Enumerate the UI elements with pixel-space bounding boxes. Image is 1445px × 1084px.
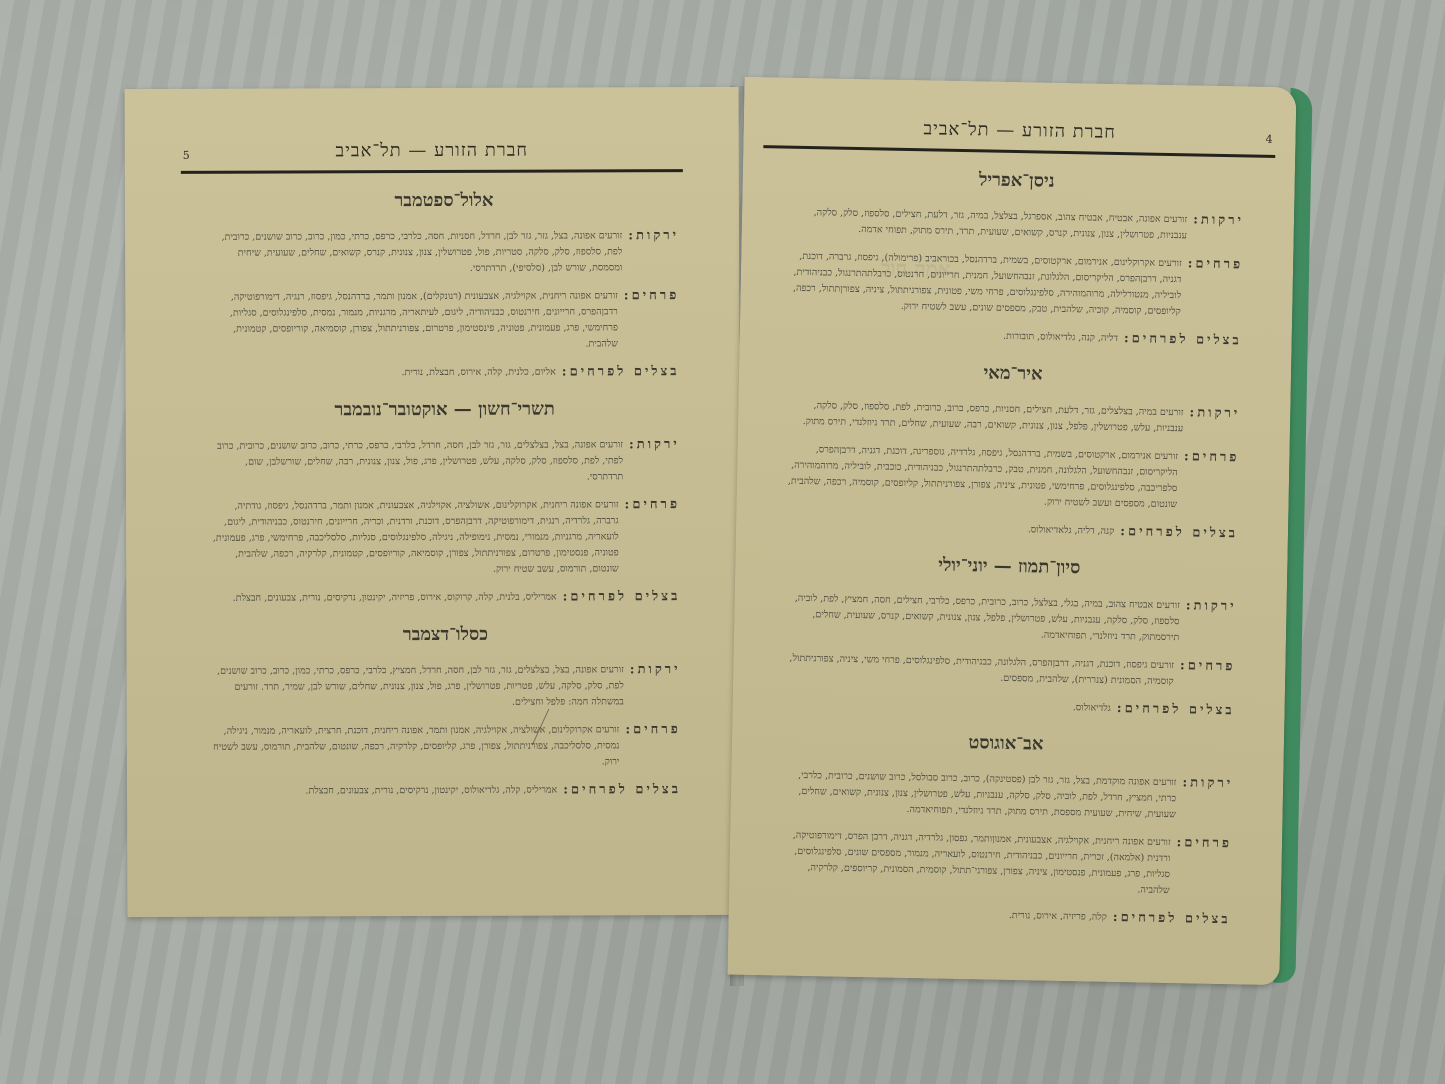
block-text: זורעים אקרוקלינום, אנירמום, ארקטוסים, בש… (786, 249, 1182, 321)
bulbs-block: בצלים לפרחים:קלה, פריזיה, אירוס, נורית. (774, 904, 1230, 929)
block-text: אמריליס, קלה, גלדיאולוס, יקינטון, נרקיסי… (211, 783, 557, 800)
block-label: בצלים לפרחים: (562, 364, 680, 380)
block-text: אמריליס, בלנית, קלה, קרוקוס, אירוס, פריז… (210, 590, 556, 607)
block-label: ירקות: (629, 437, 680, 485)
section-title: תשרי־חשון — אוקטובר־נובמבר (210, 398, 680, 421)
block-text: זורעים אבטיח צהוב, במיה, בגלי, בצלצל, כר… (780, 591, 1180, 647)
flowers-block: פרחים:זורעים אפונה ריחנית, אקוילגיה, אצב… (209, 288, 679, 354)
flowers-block: פרחים:זורעים אפונה ריחנית, אקוילגיה, אצב… (775, 828, 1232, 901)
vegetables-block: ירקות:זורעים אפונה, בצל, גזר, גזר לבן, ח… (209, 228, 679, 278)
section-kislev-december: כסלו־דצמבר ירקות:זורעים אפונה, בצל, בצלצ… (210, 623, 681, 800)
block-label: בצלים לפרחים: (1120, 524, 1238, 542)
block-text: זורעים אפונה ריחנית, אקוילגיה, אצבעונית … (209, 288, 618, 353)
block-label: ירקות: (1189, 405, 1240, 438)
section-nisan-april: ניסן־אפריל ירקות:זורעים אפונה, אבטיח, אב… (786, 166, 1245, 350)
block-label: בצלים לפרחים: (1124, 331, 1242, 349)
section-title: אלול־ספטמבר (209, 189, 679, 212)
block-text: זורעים אפונה, בצל, בצלצלים, גזר, גזר לבן… (211, 662, 624, 711)
block-text: זורעים אפונה מוקדמת, בצל, גזר, גזר לבן (… (776, 768, 1176, 824)
bulbs-block: בצלים לפרחים:דליה, קנה, גלדיאולוס, תובור… (786, 325, 1242, 350)
header-title: חברת הזורע — תל־אביב (923, 118, 1116, 143)
bulbs-block: בצלים לפרחים:קנה, דליה, גלאדיאולוס. (782, 518, 1238, 543)
block-label: בצלים לפרחים: (1117, 701, 1235, 719)
block-label: ירקות: (630, 662, 681, 710)
right-page-content: ניסן־אפריל ירקות:זורעים אפונה, אבטיח, אב… (774, 160, 1245, 947)
vegetables-block: ירקות:זורעים אבטיח צהוב, במיה, בגלי, בצל… (780, 591, 1237, 648)
bulbs-block: בצלים לפרחים:אמריליס, קלה, גלדיאולוס, יק… (211, 782, 681, 800)
block-text: אליום, כלנית, קלה, אירוס, חבצלת, נורית. (210, 365, 556, 382)
bulbs-block: בצלים לפרחים:גלדיאולוס. (779, 695, 1235, 720)
block-label: פרחים: (1187, 256, 1244, 321)
block-label: פרחים: (1183, 449, 1240, 514)
vegetables-block: ירקות:זורעים אפונה מוקדמת, בצל, גזר, גזר… (776, 768, 1233, 825)
page-header: חברת הזורע — תל־אביב 5 (181, 139, 683, 174)
left-page: חברת הזורע — תל־אביב 5 אלול־ספטמבר ירקות… (125, 87, 742, 917)
block-text: זורעים אפונה, בצל, בצלצלים, גזר, גזר לבן… (210, 437, 623, 486)
bulbs-block: בצלים לפרחים:אמריליס, בלנית, קלה, קרוקוס… (210, 589, 680, 607)
header-title: חברת הזורע — תל־אביב (335, 140, 528, 162)
block-label: פרחים: (625, 497, 681, 577)
block-text: קנה, דליה, גלאדיאולוס. (782, 518, 1114, 540)
block-label: ירקות: (1193, 212, 1244, 245)
block-label: פרחים: (1175, 835, 1232, 900)
flowers-block: פרחים:זורעים אפונה ריחנית, אקרוקלינום, א… (210, 497, 680, 579)
block-text: זורעים אנירמום, ארקטוסים, בשמית, ברדהנסל… (782, 442, 1178, 514)
block-label: בצלים לפרחים: (563, 782, 681, 798)
block-text: קלה, פריזיה, אירוס, נורית. (774, 904, 1106, 926)
page-number: 5 (183, 149, 191, 162)
section-title: אב־אוגוסט (778, 729, 1234, 759)
flowers-block: פרחים:זורעים אקרוקלינום, אנירמום, ארקטוס… (786, 249, 1243, 322)
section-iyar-may: איר־מאי ירקות:זורעים במיה, בצלצלים, גזר,… (782, 359, 1241, 543)
page-header: חברת הזורע — תל־אביב 4 (763, 115, 1276, 158)
vegetables-block: ירקות:זורעים אפונה, בצל, בצלצלים, גזר, ג… (211, 662, 681, 712)
block-text: גלדיאולוס. (779, 695, 1111, 717)
block-label: בצלים לפרחים: (563, 589, 681, 605)
flowers-block: פרחים:זורעים גיפסוז, דוכנת, דגניה, דרבןה… (779, 651, 1236, 692)
block-label: ירקות: (628, 228, 679, 276)
vegetables-block: ירקות:זורעים במיה, בצלצלים, גזר, דלעת, ח… (784, 398, 1241, 439)
right-page: חברת הזורע — תל־אביב 4 אמה חול ניסן־אפרי… (727, 77, 1296, 985)
section-title: סיון־תמוז — יוני־יולי (781, 552, 1237, 582)
block-label: פרחים: (625, 722, 681, 770)
page-number: 4 (1265, 133, 1273, 146)
block-text: דליה, קנה, גלדיאולוס, תובורות. (786, 325, 1118, 347)
section-elul-september: אלול־ספטמבר ירקות:זורעים אפונה, בצל, גזר… (209, 189, 680, 382)
block-text: זורעים אפונה ריחנית, אקוילגיה, אצבעונית,… (775, 828, 1171, 900)
vegetables-block: ירקות:זורעים אפונה, בצל, בצלצלים, גזר, ג… (210, 437, 680, 487)
section-title: כסלו־דצמבר (210, 623, 680, 646)
section-title: איר־מאי (785, 359, 1241, 389)
block-text: זורעים אפונה ריחנית, אקרוקלינום, אשולציה… (210, 497, 619, 578)
flowers-block: פרחים:זורעים אנירמום, ארקטוסים, בשמית, ב… (782, 442, 1239, 515)
left-page-content: אלול־ספטמבר ירקות:זורעים אפונה, בצל, גזר… (209, 183, 681, 818)
block-label: בצלים לפרחים: (1113, 910, 1231, 928)
block-text: זורעים אפונה, בצל, גזר, גזר לבן, חרדל, ח… (209, 228, 622, 277)
vegetables-block: ירקות:זורעים אפונה, אבטיח, אבטיח צהוב, א… (788, 205, 1245, 246)
flowers-block: פרחים:זורעים אקרוקלינום, אשולציה, אקוילג… (211, 722, 681, 772)
section-sivan-tamuz: סיון־תמוז — יוני־יולי ירקות:זורעים אבטיח… (779, 552, 1238, 720)
block-label: פרחים: (624, 288, 680, 352)
section-av-august: אב־אוגוסט ירקות:זורעים אפונה מוקדמת, בצל… (774, 729, 1234, 929)
block-text: זורעים גיפסוז, דוכנת, דגניה, דרבןהפרס, ה… (779, 651, 1174, 691)
block-label: ירקות: (1185, 598, 1237, 647)
block-label: פרחים: (1179, 658, 1235, 691)
block-text: זורעים אפונה, אבטיח, אבטיח צהוב, אספרגל,… (788, 205, 1188, 245)
block-label: ירקות: (1182, 775, 1234, 824)
section-title: ניסן־אפריל (789, 166, 1245, 196)
section-tishrei-cheshvan: תשרי־חשון — אוקטובר־נובמבר ירקות:זורעים … (210, 398, 681, 607)
bulbs-block: בצלים לפרחים:אליום, כלנית, קלה, אירוס, ח… (210, 364, 680, 382)
block-text: זורעים במיה, בצלצלים, גזר, דלעת, חצילים,… (784, 398, 1184, 438)
